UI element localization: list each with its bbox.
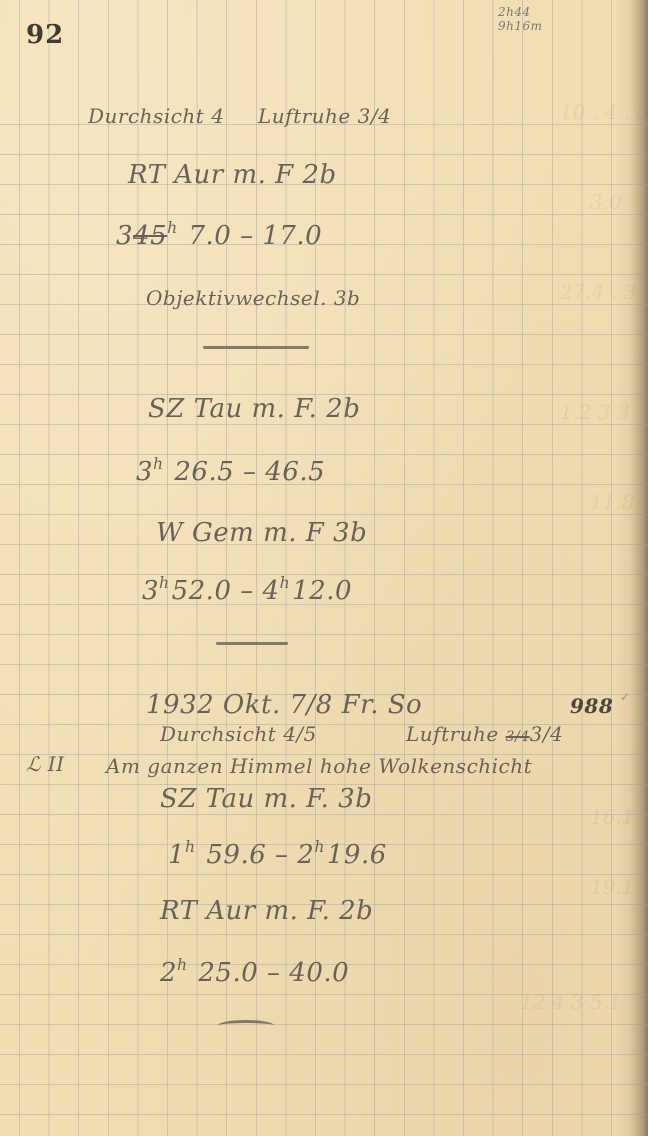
hour-unit: h bbox=[167, 219, 178, 237]
star-entry: RT Aur m. F 2b bbox=[128, 160, 337, 190]
time-hour: 3 bbox=[142, 576, 159, 606]
session-date: 1932 Okt. 7/8 Fr. So bbox=[146, 690, 422, 720]
bleed-through-text: 12.4 3 5.1 bbox=[520, 990, 622, 1014]
time-hour: 3 bbox=[136, 457, 153, 487]
end-minutes: 12.0 bbox=[292, 576, 352, 606]
time-minutes: 7.0 – 17.0 bbox=[188, 221, 322, 251]
transparency-note: Durchsicht 4 bbox=[88, 104, 224, 128]
hour-unit: h bbox=[280, 574, 291, 592]
end-mark bbox=[218, 1020, 274, 1031]
time-hour: 3 bbox=[116, 221, 133, 251]
time-range: 2h 25.0 – 40.0 bbox=[160, 956, 349, 988]
time-range: 345h 7.0 – 17.0 bbox=[116, 219, 322, 251]
bleed-through-text: 16.1 bbox=[590, 805, 635, 829]
corner-note: 9h16m bbox=[498, 20, 543, 33]
instrument-note: Objektivwechsel. 3b bbox=[146, 286, 360, 310]
struck-value: 3/4 bbox=[506, 729, 530, 745]
star-entry: SZ Tau m. F. 3b bbox=[160, 784, 372, 814]
separator-rule bbox=[216, 642, 288, 645]
seeing-label: Luftruhe bbox=[406, 722, 499, 746]
bleed-through-text: 1.2 3 3 bbox=[560, 400, 630, 424]
time-minutes: 59.6 – bbox=[206, 840, 297, 870]
time-hour: 2 bbox=[160, 958, 177, 988]
hour-unit: h bbox=[159, 574, 170, 592]
seeing-note: Luftruhe 3/4 bbox=[258, 104, 391, 128]
end-hour: 4 bbox=[263, 576, 280, 606]
separator-rule bbox=[203, 346, 309, 349]
star-entry: RT Aur m. F. 2b bbox=[160, 896, 373, 926]
end-hour: 2 bbox=[297, 840, 314, 870]
time-range: 3h52.0 – 4h12.0 bbox=[142, 574, 352, 606]
time-minutes: 25.0 – 40.0 bbox=[198, 958, 349, 988]
hour-unit: h bbox=[314, 838, 325, 856]
seeing-value: 3/4 bbox=[530, 722, 564, 746]
struck-digits: 45 bbox=[133, 221, 167, 251]
sky-note: Am ganzen Himmel hohe Wolkenschicht bbox=[106, 754, 532, 778]
bleed-through-text: 3.0 bbox=[590, 190, 622, 214]
bleed-through-text: 27.4 . 3 bbox=[560, 280, 636, 304]
time-range: 3h 26.5 – 46.5 bbox=[136, 455, 325, 487]
end-minutes: 19.6 bbox=[327, 840, 387, 870]
corner-note: 2h44 bbox=[498, 6, 531, 19]
seeing-note: Luftruhe 3/43/4 bbox=[406, 722, 563, 746]
page-number: 92 bbox=[26, 20, 64, 50]
hour-unit: h bbox=[153, 455, 164, 473]
hour-unit: h bbox=[177, 956, 188, 974]
reference-number: 988 bbox=[570, 694, 613, 718]
time-range: 1h 59.6 – 2h19.6 bbox=[168, 838, 387, 870]
bleed-through-text: 10 . 4 . 3 bbox=[560, 100, 648, 124]
hour-unit: h bbox=[185, 838, 196, 856]
star-entry: W Gem m. F 3b bbox=[156, 518, 367, 548]
bleed-through-text: 11.8 bbox=[590, 490, 635, 514]
margin-mark: ℒ II bbox=[26, 752, 65, 776]
transparency-note: Durchsicht 4/5 bbox=[160, 722, 317, 746]
time-minutes: 26.5 – 46.5 bbox=[174, 457, 325, 487]
time-hour: 1 bbox=[168, 840, 185, 870]
check-mark-icon: ✓ bbox=[620, 690, 630, 704]
time-minutes: 52.0 – bbox=[172, 576, 263, 606]
star-entry: SZ Tau m. F. 2b bbox=[148, 394, 360, 424]
bleed-through-text: 19.1 bbox=[590, 875, 635, 899]
notebook-page: 10 . 4 . 3 3.0 27.4 . 3 11.8 1.2 3 3 16.… bbox=[0, 0, 648, 1136]
